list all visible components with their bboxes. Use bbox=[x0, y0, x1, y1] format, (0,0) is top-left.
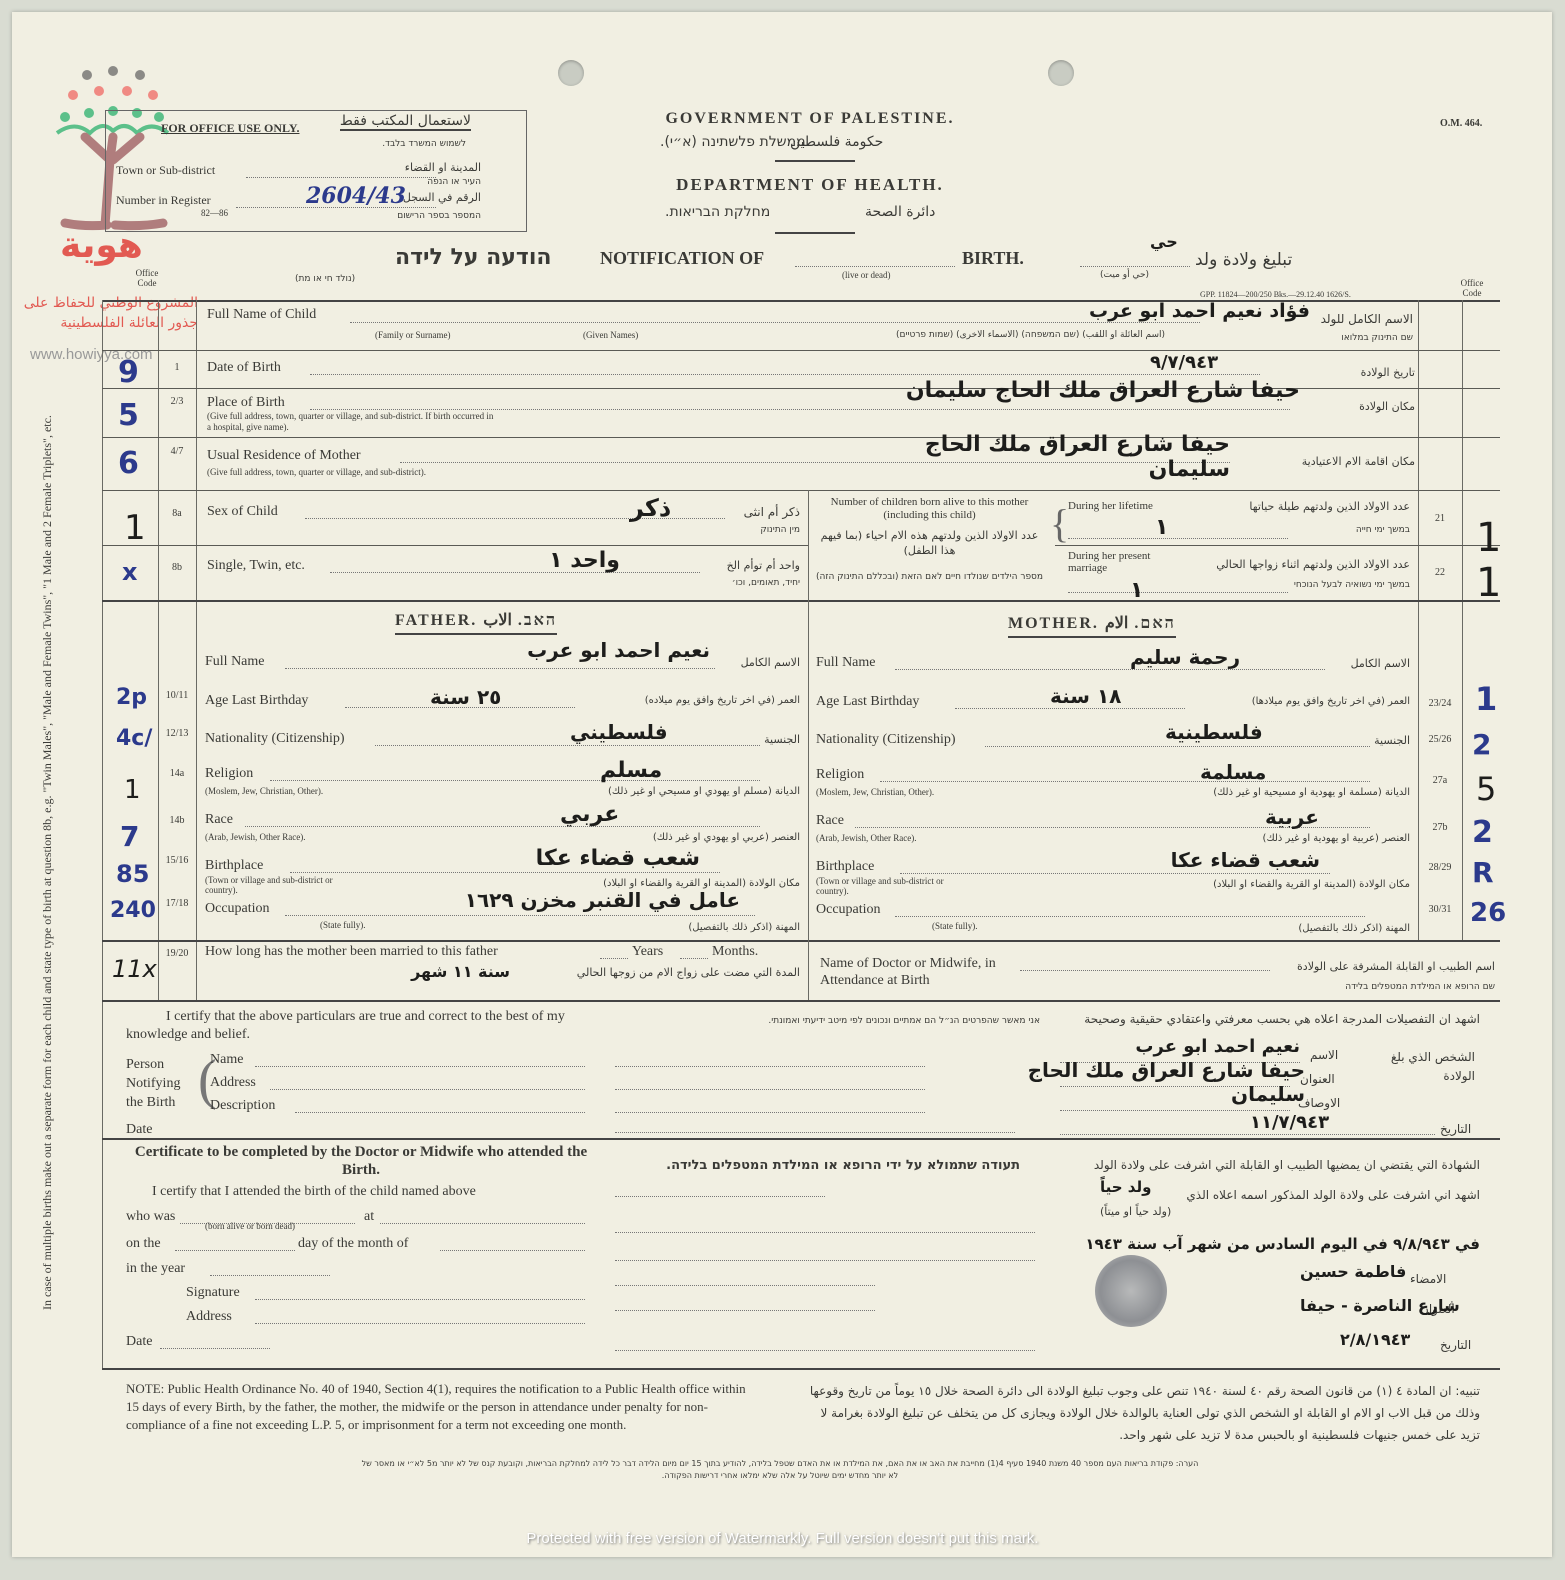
title-ar-sub: (حي أو ميت) bbox=[1100, 270, 1149, 280]
doctor-name-label-ar: اسم الطبيب او القابلة المشرفة على الولاد… bbox=[1270, 960, 1495, 973]
child-family-hint: (Family or Surname) bbox=[375, 330, 451, 340]
office-code-value: 2 bbox=[1472, 728, 1491, 761]
mother-birthplace-label: Birthplace bbox=[816, 859, 874, 875]
notifier-address-field[interactable] bbox=[270, 1089, 585, 1090]
mother-age-label: Age Last Birthday bbox=[816, 694, 919, 710]
mother-occupation-label: Occupation bbox=[816, 902, 881, 918]
mother-religion-label-ar: الديانة (مسلمة او يهودية او مسيحية او غي… bbox=[1140, 787, 1410, 798]
government-title: GOVERNMENT OF PALESTINE. bbox=[600, 110, 1020, 128]
mother-religion-field[interactable] bbox=[880, 781, 1370, 782]
row-divider bbox=[102, 350, 1500, 351]
office-code-value: x bbox=[122, 558, 137, 586]
years-label: Years bbox=[632, 944, 663, 960]
doctor-name-label-he: שם הרופא או המילדת המטפלים בלידה bbox=[1270, 982, 1495, 992]
mother-name-field[interactable] bbox=[895, 669, 1325, 670]
person-notifying-label: Person Notifying the Birth bbox=[126, 1055, 196, 1112]
doctor-address-label: Address bbox=[186, 1309, 232, 1325]
father-occupation-field[interactable] bbox=[285, 915, 755, 916]
notifier-description-label: Description bbox=[210, 1098, 275, 1114]
field-number: 30/31 bbox=[1428, 904, 1452, 915]
register-code: 82—86 bbox=[201, 208, 228, 218]
lifetime-field[interactable] bbox=[1068, 538, 1288, 539]
doctor-field-he[interactable] bbox=[615, 1196, 825, 1197]
father-name-label-ar: الاسم الكامل bbox=[715, 656, 800, 669]
notifier-address-label: Address bbox=[210, 1075, 256, 1091]
office-code-value: 1 bbox=[1476, 560, 1501, 606]
father-birthplace-value: شعب قضاء عكا bbox=[510, 846, 700, 871]
notifier-name-value: نعيم احمد ابو عرب bbox=[1120, 1036, 1300, 1057]
marriage-children-label-ar: عدد الاولاد الذين ولدتهم اثناء زواجها ال… bbox=[1165, 558, 1410, 571]
office-code-value: 7 bbox=[120, 820, 139, 853]
mother-birthplace-hint: (Town or village and sub-district or cou… bbox=[816, 876, 956, 896]
field-number: 4/7 bbox=[165, 446, 189, 457]
office-use-box: FOR OFFICE USE ONLY. لاستعمال المكتب فقط… bbox=[105, 110, 527, 232]
sex-label-he: מין התינוק bbox=[720, 525, 800, 535]
doctor-cert-line-ar: اشهد اني اشرفت على ولادة الولد المذكور ا… bbox=[1160, 1188, 1480, 1202]
section-divider bbox=[102, 600, 1500, 602]
signature-label: Signature bbox=[186, 1285, 240, 1301]
mother-birthplace-value: شعب قضاء عكا bbox=[1140, 848, 1320, 872]
notifier-date-label: Date bbox=[126, 1122, 152, 1138]
in-year-label: in the year bbox=[126, 1261, 185, 1277]
office-code-value: 240 bbox=[110, 898, 156, 923]
father-heading: FATHER. האב. الاب bbox=[395, 610, 557, 635]
field-number: 27a bbox=[1428, 775, 1452, 786]
office-code-value: 85 bbox=[116, 860, 149, 888]
marriage-children-label: During her present marriage bbox=[1068, 550, 1168, 574]
register-label-ar: الرقم في السجل bbox=[403, 191, 481, 204]
father-occupation-value: عامل في القنبر مخزن ١٦٢٩ bbox=[420, 888, 740, 912]
children-count-label: Number of children born alive to this mo… bbox=[812, 496, 1047, 522]
table-border bbox=[102, 300, 103, 1370]
certify-statement-ar: اشهد ان التفصيلات المدرجة اعلاه هي بحسب … bbox=[1060, 1012, 1480, 1026]
months-label: Months. bbox=[712, 944, 758, 960]
row-divider bbox=[102, 545, 808, 546]
mother-race-label: Race bbox=[816, 813, 844, 829]
field-number: 17/18 bbox=[165, 898, 189, 909]
born-status-hint-ar: (ولد حياً او ميتاً) bbox=[1100, 1205, 1171, 1218]
doctor-address-field[interactable] bbox=[255, 1323, 585, 1324]
sex-label-ar: ذكر أم انثى bbox=[720, 505, 800, 519]
children-count-label-ar: عدد الاولاد الذين ولدتهم هذه الام احياء … bbox=[812, 528, 1047, 558]
mother-age-value: ١٨ سنة bbox=[1050, 684, 1121, 708]
father-age-value: ٢٥ سنة bbox=[430, 685, 501, 709]
residence-label-ar: مكان اقامة الام الاعتيادية bbox=[1235, 455, 1415, 468]
register-number-value: 2604/43 bbox=[306, 183, 406, 209]
father-age-label-ar: العمر (في اخر تاريخ وافق يوم ميلاده) bbox=[580, 695, 800, 706]
child-given-hint: (Given Names) bbox=[583, 330, 638, 340]
mother-occupation-hint: (State fully). bbox=[932, 921, 978, 931]
mother-name-label-ar: الاسم الكامل bbox=[1325, 657, 1410, 670]
father-religion-hint: (Moslem, Jew, Christian, Other). bbox=[205, 786, 323, 796]
pob-value: حيفا شارع العراق ملك الحاج سليمان bbox=[900, 378, 1300, 403]
doctor-certificate-title-he: תעודה שתמולא על ידי הרופא או המילדת המטפ… bbox=[630, 1158, 1020, 1173]
notifier-description-field[interactable] bbox=[295, 1112, 585, 1113]
doctor-date-label: Date bbox=[126, 1334, 152, 1350]
mother-age-label-ar: العمر (في اخر تاريخ وافق يوم ميلادها) bbox=[1185, 696, 1410, 707]
doctor-name-field[interactable] bbox=[1020, 970, 1270, 971]
marriage-children-field[interactable] bbox=[1068, 592, 1288, 593]
office-code-value: 2 bbox=[1472, 815, 1493, 850]
official-stamp-icon bbox=[1095, 1255, 1167, 1327]
born-status-hint: (born alive or born dead) bbox=[205, 1221, 295, 1231]
marriage-years-field[interactable] bbox=[600, 958, 628, 959]
father-birthplace-hint: (Town or village and sub-district or cou… bbox=[205, 875, 345, 895]
child-name-hint-ar: (اسم العائلة او اللقب) (שם המשפחה) (الاس… bbox=[835, 330, 1165, 340]
sex-label: Sex of Child bbox=[207, 504, 278, 520]
doctor-date-field[interactable] bbox=[160, 1348, 270, 1349]
notifier-date-field-ar[interactable] bbox=[1060, 1134, 1435, 1135]
office-use-title-ar: لاستعمال المكتب فقط bbox=[340, 113, 471, 131]
who-was-label: who was bbox=[126, 1209, 175, 1225]
mother-heading: MOTHER. האם. الام bbox=[1008, 613, 1176, 638]
doctor-field-he[interactable] bbox=[615, 1310, 875, 1311]
doctor-date-label-ar: التاريخ bbox=[1440, 1338, 1471, 1352]
mother-occupation-label-ar: المهنة (اذكر ذلك بالتفصيل) bbox=[1190, 923, 1410, 934]
column-divider bbox=[808, 940, 809, 1000]
field-number: 25/26 bbox=[1428, 734, 1452, 745]
notifier-name-label-ar: الاسم bbox=[1310, 1048, 1338, 1062]
father-nationality-field[interactable] bbox=[375, 745, 760, 746]
mother-religion-hint: (Moslem, Jew, Christian, Other). bbox=[816, 787, 934, 797]
residence-value: حيفا شارع العراق ملك الحاج سليمان bbox=[880, 432, 1230, 482]
marriage-duration-value: سنة ١١ شهر bbox=[400, 962, 510, 981]
lifetime-label-ar: عدد الاولاد الذين ولدتهم طيلة حياتها bbox=[1190, 500, 1410, 513]
certify-statement-he: אני מאשר שהפרטים הנ״ל הם אמתיים ונכונים … bbox=[680, 1016, 1040, 1026]
dob-label: Date of Birth bbox=[207, 360, 281, 376]
office-code-label-left: Office Code bbox=[132, 268, 162, 288]
single-twin-label-ar: واحد أم توأم الخ bbox=[700, 559, 800, 572]
doctor-certificate-title: Certificate to be completed by the Docto… bbox=[126, 1143, 596, 1179]
father-race-value: عربي bbox=[560, 802, 619, 827]
notifier-name-field-he[interactable] bbox=[615, 1066, 925, 1067]
notifier-date-field-he[interactable] bbox=[615, 1132, 1015, 1133]
birth-day-field[interactable] bbox=[175, 1250, 295, 1251]
doctor-address-value: شارع الناصرة - حيفا bbox=[1300, 1296, 1460, 1315]
marriage-duration-label-ar: المدة التي مضت على زواج الام من زوجها ال… bbox=[520, 966, 800, 979]
office-code-value: 11x bbox=[112, 955, 157, 983]
father-name-field[interactable] bbox=[285, 668, 715, 669]
child-name-label-ar: الاسم الكامل للولد bbox=[1318, 312, 1413, 326]
mother-nationality-value: فلسطينية bbox=[1165, 720, 1263, 744]
residence-hint: (Give full address, town, quarter or vil… bbox=[207, 467, 426, 477]
father-name-label: Full Name bbox=[205, 654, 265, 670]
office-code-value: 5 bbox=[1476, 770, 1496, 808]
column-divider bbox=[1418, 300, 1419, 940]
notifier-description-field-he[interactable] bbox=[615, 1112, 925, 1113]
form-code: O.M. 464. bbox=[1440, 118, 1482, 129]
doctor-signature-label-ar: الامضاء bbox=[1410, 1272, 1446, 1286]
field-number: 27b bbox=[1428, 822, 1452, 833]
office-code-value: 1 bbox=[1475, 680, 1497, 718]
father-occupation-label: Occupation bbox=[205, 901, 270, 917]
divider bbox=[775, 160, 855, 162]
office-code-value: 6 bbox=[118, 446, 139, 481]
office-code-value: 1 bbox=[124, 508, 146, 548]
notifier-date-value: ١١/٧/٩٤٣ bbox=[1250, 1112, 1329, 1133]
born-status-value: ولد حياً bbox=[1100, 1178, 1151, 1196]
father-occupation-label-ar: المهنة (اذكر ذلك بالتفصيل) bbox=[580, 922, 800, 933]
residence-label: Usual Residence of Mother bbox=[207, 448, 361, 464]
doctor-signature-value: فاطمة حسين bbox=[1300, 1262, 1406, 1281]
father-religion-field[interactable] bbox=[270, 780, 760, 781]
field-number: 8a bbox=[165, 508, 189, 519]
single-twin-label: Single, Twin, etc. bbox=[207, 558, 305, 574]
department-title-he: מחלקת הבריאות. bbox=[665, 204, 770, 220]
punch-hole bbox=[558, 60, 584, 86]
mother-birthplace-label-ar: مكان الولادة (المدينة او القرية والقضاء … bbox=[1115, 879, 1410, 890]
pob-field[interactable] bbox=[310, 409, 1290, 410]
department-title-ar: دائرة الصحة bbox=[865, 204, 935, 220]
pob-label: Place of Birth bbox=[207, 395, 285, 411]
father-religion-label: Religion bbox=[205, 766, 253, 782]
mother-name-label: Full Name bbox=[816, 655, 876, 671]
printer-info: GPP. 11824—200/250 Bks.—29.12.40 1626/S. bbox=[1200, 290, 1351, 299]
father-name-value: نعيم احمد ابو عرب bbox=[490, 638, 710, 662]
doctor-field-he[interactable] bbox=[615, 1260, 1035, 1261]
father-age-label: Age Last Birthday bbox=[205, 693, 308, 709]
father-religion-value: مسلم bbox=[600, 758, 662, 783]
birth-month-field[interactable] bbox=[440, 1250, 585, 1251]
father-nationality-label: Nationality (Citizenship) bbox=[205, 731, 345, 747]
brace-icon: { bbox=[1050, 500, 1069, 547]
notifier-address-value: حيفا شارع العراق ملك الحاج سليمان bbox=[985, 1058, 1305, 1106]
father-race-hint: (Arab, Jewish, Other Race). bbox=[205, 832, 305, 842]
field-number: 1 bbox=[165, 362, 189, 373]
office-use-title: FOR OFFICE USE ONLY. bbox=[161, 121, 299, 136]
father-race-field[interactable] bbox=[245, 826, 760, 827]
divider bbox=[775, 232, 855, 234]
mother-occupation-field[interactable] bbox=[895, 916, 1365, 917]
father-religion-label-ar: الديانة (مسلم او يهودي او مسيحي او غير ذ… bbox=[540, 786, 800, 797]
office-code-value: 1 bbox=[1476, 515, 1501, 561]
field-number: 8b bbox=[165, 562, 189, 573]
live-or-dead-field[interactable] bbox=[795, 266, 955, 267]
sex-value: ذكر bbox=[630, 494, 671, 522]
doctor-certificate-title-ar: الشهادة التي يقتضي ان يمضيها الطبيب او ا… bbox=[1050, 1158, 1480, 1172]
mother-nationality-field[interactable] bbox=[985, 746, 1370, 747]
single-twin-value: واحد ١ bbox=[470, 548, 620, 573]
notifier-address-label-ar: العنوان bbox=[1300, 1072, 1335, 1086]
watermarkly-notice: Protected with free version of Watermark… bbox=[0, 1530, 1565, 1547]
birth-year-field[interactable] bbox=[210, 1275, 330, 1276]
doctor-certificate-line1: I certify that I attended the birth of t… bbox=[152, 1184, 476, 1200]
father-race-label: Race bbox=[205, 812, 233, 828]
column-divider bbox=[158, 300, 159, 1000]
title-he-sub: (נולד חי או מת) bbox=[295, 274, 355, 284]
row-divider bbox=[1055, 545, 1500, 546]
office-use-title-he: לשמוש המשרד בלבד. bbox=[382, 139, 466, 149]
lifetime-label: During her lifetime bbox=[1068, 500, 1153, 512]
pob-hint: (Give full address, town, quarter or vil… bbox=[207, 411, 497, 433]
father-occupation-hint: (State fully). bbox=[320, 920, 366, 930]
doctor-field-he[interactable] bbox=[615, 1350, 1035, 1351]
register-label-he: המספר בספר הרישום bbox=[397, 211, 481, 221]
town-label-he: העיר או הנפה bbox=[427, 177, 481, 187]
government-title-he: ממשלת פלשתינה (א״י). bbox=[660, 134, 806, 150]
field-number: 10/11 bbox=[165, 690, 189, 701]
pob-label-ar: مكان الولادة bbox=[1310, 400, 1415, 413]
field-number: 2/3 bbox=[165, 396, 189, 407]
office-code-value: 1 bbox=[124, 775, 141, 805]
doctor-name-label: Name of Doctor or Midwife, in Attendance… bbox=[820, 955, 1040, 989]
doctor-cert-date-value: في ٩/٨/٩٤٣ في اليوم السادس من شهر آب سنة… bbox=[1040, 1235, 1480, 1253]
town-label-ar: المدينة او القضاء bbox=[405, 161, 481, 174]
mother-birthplace-field[interactable] bbox=[900, 873, 1330, 874]
notifier-description-field-ar[interactable] bbox=[1060, 1110, 1290, 1111]
notifier-name-label: Name bbox=[210, 1052, 243, 1068]
live-or-dead-value: حي bbox=[1150, 232, 1178, 251]
mother-race-value: عربية bbox=[1265, 805, 1319, 829]
field-number: 14b bbox=[165, 815, 189, 826]
field-number: 12/13 bbox=[165, 728, 189, 739]
title-prefix: NOTIFICATION OF bbox=[600, 248, 764, 269]
child-name-field[interactable] bbox=[350, 322, 1200, 323]
dob-value: ٩/٧/٩٤٣ bbox=[1150, 352, 1218, 373]
office-code-value: 26 bbox=[1470, 898, 1506, 928]
mother-nationality-label-ar: الجنسية bbox=[1370, 734, 1410, 747]
notifier-address-field-he[interactable] bbox=[615, 1089, 925, 1090]
section-divider bbox=[102, 1368, 1500, 1370]
marriage-children-value: ١ bbox=[1130, 578, 1143, 603]
mother-race-hint: (Arab, Jewish, Other Race). bbox=[816, 833, 916, 843]
father-birthplace-field[interactable] bbox=[290, 872, 720, 873]
column-divider bbox=[808, 490, 809, 940]
father-birthplace-label: Birthplace bbox=[205, 858, 263, 874]
office-code-value: 4c/ bbox=[116, 726, 152, 751]
field-number: 21 bbox=[1428, 513, 1452, 524]
mother-nationality-label: Nationality (Citizenship) bbox=[816, 732, 956, 748]
title-ar: تبليغ ولادة ولد bbox=[1195, 250, 1292, 270]
live-or-dead-hint: (live or dead) bbox=[842, 270, 890, 280]
multiple-births-instruction: In case of multiple births make out a se… bbox=[40, 90, 55, 1310]
mother-race-label-ar: العنصر (عربية او يهودية او غير ذلك) bbox=[1140, 833, 1410, 844]
doctor-field-he[interactable] bbox=[615, 1232, 1035, 1233]
lifetime-value: ١ bbox=[1155, 515, 1168, 540]
field-number: 15/16 bbox=[165, 855, 189, 866]
note-arabic: تنبيه: ان المادة ٤ (١) من قانون الصحة رق… bbox=[800, 1380, 1480, 1446]
birth-notification-form bbox=[12, 12, 1552, 1557]
field-number: 14a bbox=[165, 768, 189, 779]
signature-field[interactable] bbox=[255, 1299, 585, 1300]
live-or-dead-field-ar[interactable] bbox=[1080, 266, 1190, 267]
on-the-label: on the bbox=[126, 1236, 161, 1252]
town-label: Town or Sub-district bbox=[116, 163, 215, 178]
office-code-value: R bbox=[1472, 856, 1494, 889]
punch-hole bbox=[1048, 60, 1074, 86]
row-divider bbox=[102, 490, 1500, 491]
mother-religion-value: مسلمة bbox=[1200, 760, 1266, 784]
mother-age-field[interactable] bbox=[955, 708, 1185, 709]
day-of-month-label: day of the month of bbox=[298, 1236, 408, 1252]
row-divider bbox=[102, 437, 1500, 438]
certify-statement: I certify that the above particulars are… bbox=[126, 1008, 596, 1044]
mother-religion-label: Religion bbox=[816, 767, 864, 783]
father-nationality-label-ar: الجنسية bbox=[760, 733, 800, 746]
field-number: 28/29 bbox=[1428, 862, 1452, 873]
notifier-name-field[interactable] bbox=[255, 1066, 585, 1067]
office-code-value: 5 bbox=[118, 398, 139, 433]
office-code-label-right: Office Code bbox=[1452, 278, 1492, 298]
child-name-value: فؤاد نعيم احمد ابو عرب bbox=[1040, 300, 1310, 322]
person-notifying-label-ar: الشخص الذي بلغ الولادة bbox=[1380, 1048, 1475, 1086]
at-label: at bbox=[364, 1209, 374, 1225]
child-name-label: Full Name of Child bbox=[207, 307, 316, 323]
register-label: Number in Register bbox=[116, 193, 211, 208]
marriage-children-label-he: במשך ימי נשואיה לבעל הנוכחי bbox=[1260, 580, 1410, 590]
department-title: DEPARTMENT OF HEALTH. bbox=[600, 175, 1020, 195]
child-name-label-he: שם התינוק במלואו bbox=[1318, 333, 1413, 343]
mother-name-value: رحمة سليم bbox=[1130, 645, 1240, 669]
notifier-date-label-ar: التاريخ bbox=[1440, 1122, 1471, 1136]
title-suffix: BIRTH. bbox=[962, 248, 1024, 269]
office-code-value: 9 bbox=[118, 355, 139, 390]
note-english: NOTE: Public Health Ordinance No. 40 of … bbox=[126, 1380, 756, 1434]
father-nationality-value: فلسطيني bbox=[570, 720, 668, 744]
doctor-date-value: ٢/٨/١٩٤٣ bbox=[1340, 1330, 1410, 1349]
doctor-field-he[interactable] bbox=[615, 1285, 875, 1286]
column-divider bbox=[196, 300, 197, 1000]
note-hebrew: הערה: פקודת בריאות העם מספר 40 משנת 1940… bbox=[360, 1458, 1200, 1482]
field-number: 23/24 bbox=[1428, 698, 1452, 709]
single-twin-label-he: יחיד, תאומים, וכו׳ bbox=[700, 578, 800, 588]
section-divider bbox=[102, 1138, 1500, 1140]
lifetime-label-he: במשך ימי חייה bbox=[1300, 525, 1410, 535]
marriage-duration-label: How long has the mother been married to … bbox=[205, 944, 498, 960]
marriage-months-field[interactable] bbox=[680, 958, 708, 959]
section-divider bbox=[102, 1000, 1500, 1002]
field-number: 19/20 bbox=[165, 948, 189, 959]
column-divider bbox=[1462, 300, 1463, 940]
field-number: 22 bbox=[1428, 567, 1452, 578]
office-code-value: 2p bbox=[116, 685, 147, 710]
town-field[interactable] bbox=[246, 177, 436, 178]
children-count-label-he: מספר הילדים שנולדו חיים לאם הזאת (ובכללם… bbox=[812, 572, 1047, 582]
birth-location-field[interactable] bbox=[380, 1223, 585, 1224]
father-race-label-ar: العنصر (عربي او يهودي او غير ذلك) bbox=[530, 832, 800, 843]
section-divider bbox=[102, 940, 1500, 942]
dob-field[interactable] bbox=[310, 374, 1260, 375]
title-he: הודעה על לידה bbox=[395, 245, 551, 270]
